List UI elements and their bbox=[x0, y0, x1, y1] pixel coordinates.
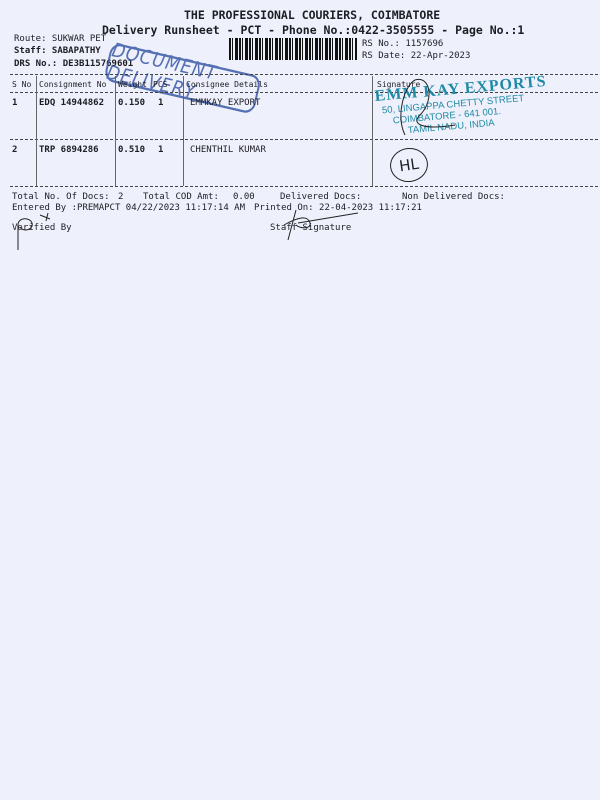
row-consignee: EMMKAY EXPORT bbox=[190, 98, 260, 108]
total-docs-label: Total No. Of Docs: bbox=[12, 192, 110, 202]
col-consignment: Consignment No bbox=[39, 80, 106, 89]
company-title: THE PROFESSIONAL COURIERS, COIMBATORE bbox=[184, 8, 440, 22]
table-bottom-rule bbox=[10, 186, 598, 187]
row-sno: 1 bbox=[12, 98, 17, 108]
col-sno: S No bbox=[12, 80, 31, 89]
col-divider bbox=[372, 76, 373, 186]
col-weight: Weight bbox=[118, 80, 147, 89]
delivered-docs-label: Delivered Docs: bbox=[280, 192, 361, 202]
row-consignment: EDQ 14944862 bbox=[39, 98, 104, 108]
col-divider bbox=[36, 76, 37, 186]
handwritten-signature-icon bbox=[385, 75, 465, 145]
row-weight: 0.150 bbox=[118, 98, 145, 108]
route-label: Route: SUKWAR PET bbox=[14, 34, 106, 44]
rs-number: RS No.: 1157696 bbox=[362, 39, 443, 49]
row-pcs: 1 bbox=[158, 98, 163, 108]
rs-date: RS Date: 22-Apr-2023 bbox=[362, 51, 470, 61]
total-cod-value: 0.00 bbox=[233, 192, 255, 202]
col-consignee: Consignee Details bbox=[186, 80, 268, 89]
staff-signature-icon bbox=[278, 205, 368, 245]
verifier-signature-icon bbox=[10, 205, 80, 255]
handwritten-initials: HL bbox=[388, 146, 430, 185]
runsheet-subtitle: Delivery Runsheet - PCT - Phone No.:0422… bbox=[102, 23, 524, 37]
row-consignee: CHENTHIL KUMAR bbox=[190, 145, 266, 155]
table-top-rule bbox=[10, 74, 598, 75]
non-delivered-docs-label: Non Delivered Docs: bbox=[402, 192, 505, 202]
total-docs-value: 2 bbox=[118, 192, 123, 202]
row-consignment: TRP 6894286 bbox=[39, 145, 99, 155]
col-divider bbox=[183, 76, 184, 186]
col-pcs: PCS bbox=[153, 80, 167, 89]
total-cod-label: Total COD Amt: bbox=[143, 192, 219, 202]
row-rule bbox=[10, 139, 598, 140]
row-weight: 0.510 bbox=[118, 145, 145, 155]
row-pcs: 1 bbox=[158, 145, 163, 155]
row-sno: 2 bbox=[12, 145, 17, 155]
col-divider bbox=[115, 76, 116, 186]
barcode bbox=[229, 38, 357, 60]
staff-label: Staff: SABAPATHY bbox=[14, 46, 101, 56]
